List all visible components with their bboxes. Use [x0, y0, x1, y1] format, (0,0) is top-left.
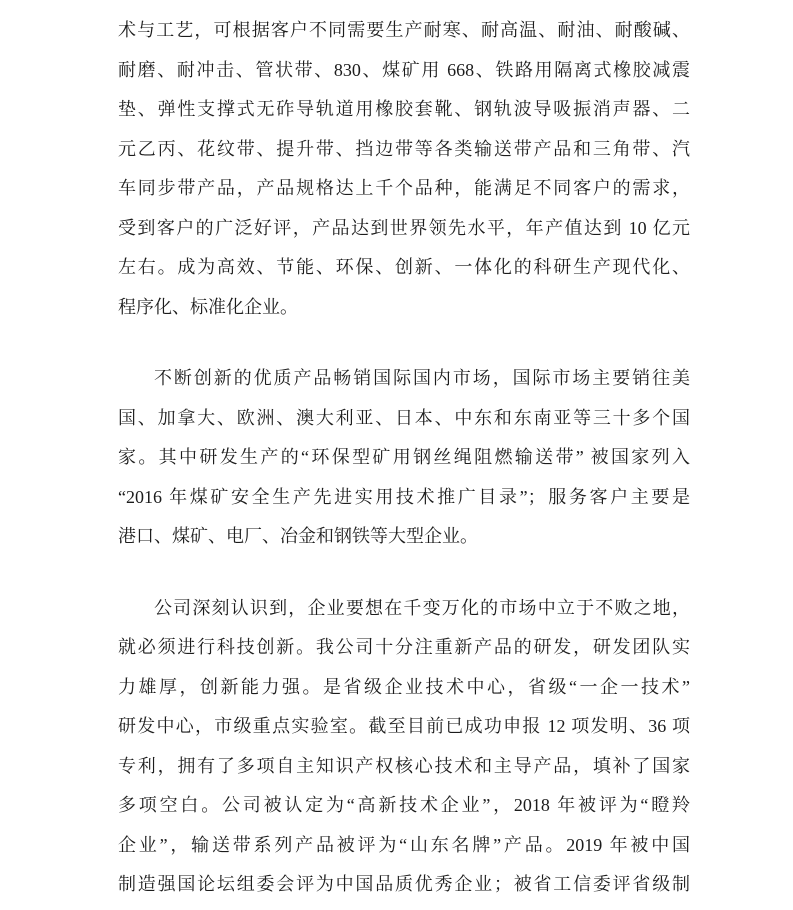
text-line: 家。其中研发生产的“环保型矿用钢丝绳阻燃输送带” 被国家列入: [118, 438, 690, 478]
text-line: 公司深刻认识到，企业要想在千变万化的市场中立于不败之地，: [118, 589, 690, 629]
text-line: 垫、弹性支撑式无砟导轨道用橡胶套靴、钢轨波导吸振消声器、二: [118, 90, 690, 130]
text-line: 专利，拥有了多项自主知识产权核心技术和主导产品，填补了国家: [118, 747, 690, 787]
text-line: 企业”，输送带系列产品被评为“山东名牌”产品。2019 年被中国: [118, 826, 690, 866]
text-line: 多项空白。公司被认定为“高新技术企业”，2018 年被评为“瞪羚: [118, 786, 690, 826]
text-line: 元乙丙、花纹带、提升带、挡边带等各类输送带产品和三角带、汽: [118, 130, 690, 170]
text-line: 港口、煤矿、电厂、冶金和钢铁等大型企业。: [118, 517, 690, 557]
text-line: 受到客户的广泛好评，产品达到世界领先水平，年产值达到 10 亿元: [118, 209, 690, 249]
paragraph-3: 公司深刻认识到，企业要想在千变万化的市场中立于不败之地，就必须进行科技创新。我公…: [118, 589, 690, 905]
text-line: 术与工艺，可根据客户不同需要生产耐寒、耐高温、耐油、耐酸碱、: [118, 11, 690, 51]
text-line: 研发中心，市级重点实验室。截至目前已成功申报 12 项发明、36 项: [118, 707, 690, 747]
text-line: 不断创新的优质产品畅销国际国内市场，国际市场主要销往美: [118, 359, 690, 399]
paragraph-2: 不断创新的优质产品畅销国际国内市场，国际市场主要销往美国、加拿大、欧洲、澳大利亚…: [118, 359, 690, 557]
text-line: 程序化、标准化企业。: [118, 288, 690, 328]
text-line: 车同步带产品，产品规格达上千个品种，能满足不同客户的需求，: [118, 169, 690, 209]
text-line: 耐磨、耐冲击、管状带、830、煤矿用 668、铁路用隔离式橡胶减震: [118, 51, 690, 91]
text-line: 左右。成为高效、节能、环保、创新、一体化的科研生产现代化、: [118, 248, 690, 288]
paragraph-1: 术与工艺，可根据客户不同需要生产耐寒、耐高温、耐油、耐酸碱、耐磨、耐冲击、管状带…: [118, 11, 690, 327]
text-line: 制造强国论坛组委会评为中国品质优秀企业；被省工信委评省级制: [118, 865, 690, 905]
text-line: “2016 年煤矿安全生产先进实用技术推广目录”；服务客户主要是: [118, 478, 690, 518]
text-line: 国、加拿大、欧洲、澳大利亚、日本、中东和东南亚等三十多个国: [118, 399, 690, 439]
text-line: 力雄厚，创新能力强。是省级企业技术中心，省级“一企一技术”: [118, 668, 690, 708]
document-page: 术与工艺，可根据客户不同需要生产耐寒、耐高温、耐油、耐酸碱、耐磨、耐冲击、管状带…: [0, 0, 793, 910]
document-body: 术与工艺，可根据客户不同需要生产耐寒、耐高温、耐油、耐酸碱、耐磨、耐冲击、管状带…: [118, 0, 690, 905]
text-line: 就必须进行科技创新。我公司十分注重新产品的研发，研发团队实: [118, 628, 690, 668]
